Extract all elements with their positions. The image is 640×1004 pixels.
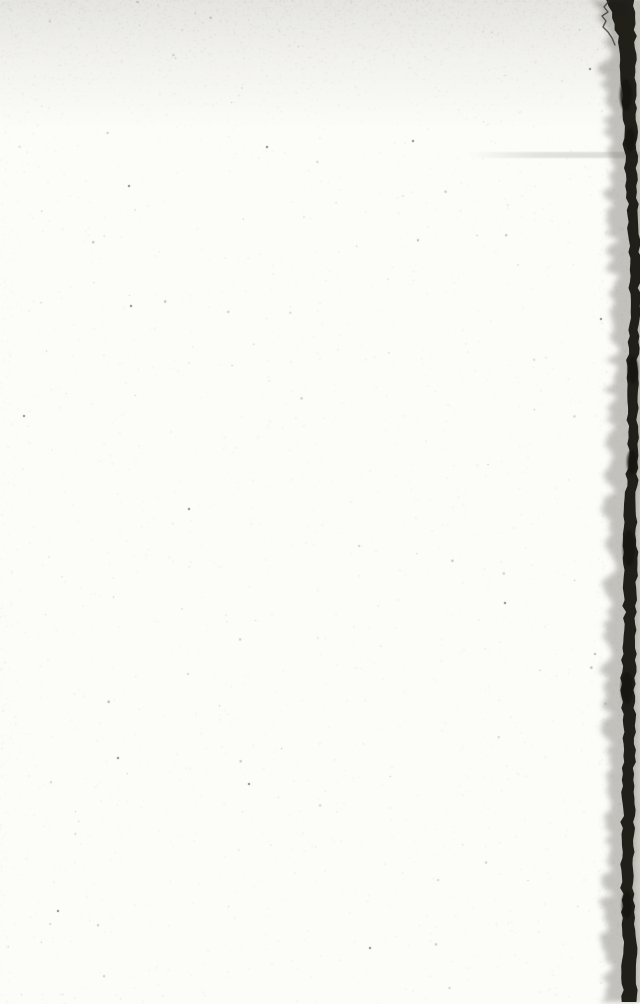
gutter-shadow-svg — [0, 0, 640, 1004]
gutter-core-shape — [606, 0, 640, 1002]
gutter-blob — [628, 356, 638, 384]
gutter-blob — [625, 128, 635, 152]
gutter-blobs-group — [620, 79, 638, 919]
gutter-blob — [622, 891, 632, 919]
gutter-blob — [620, 79, 632, 111]
crack-line — [602, 1, 615, 45]
gutter-blob — [623, 530, 635, 566]
paper-grain-canvas — [0, 0, 640, 1004]
gutter-blob — [627, 450, 637, 474]
gutter-smudge-shape — [590, 0, 640, 1002]
gutter-edge-sliver — [630, 0, 640, 1002]
gutter-blob — [621, 672, 633, 704]
scanned-blank-page — [0, 0, 640, 1004]
scanner-top-shadow — [0, 0, 640, 130]
paper-crease — [468, 152, 640, 158]
